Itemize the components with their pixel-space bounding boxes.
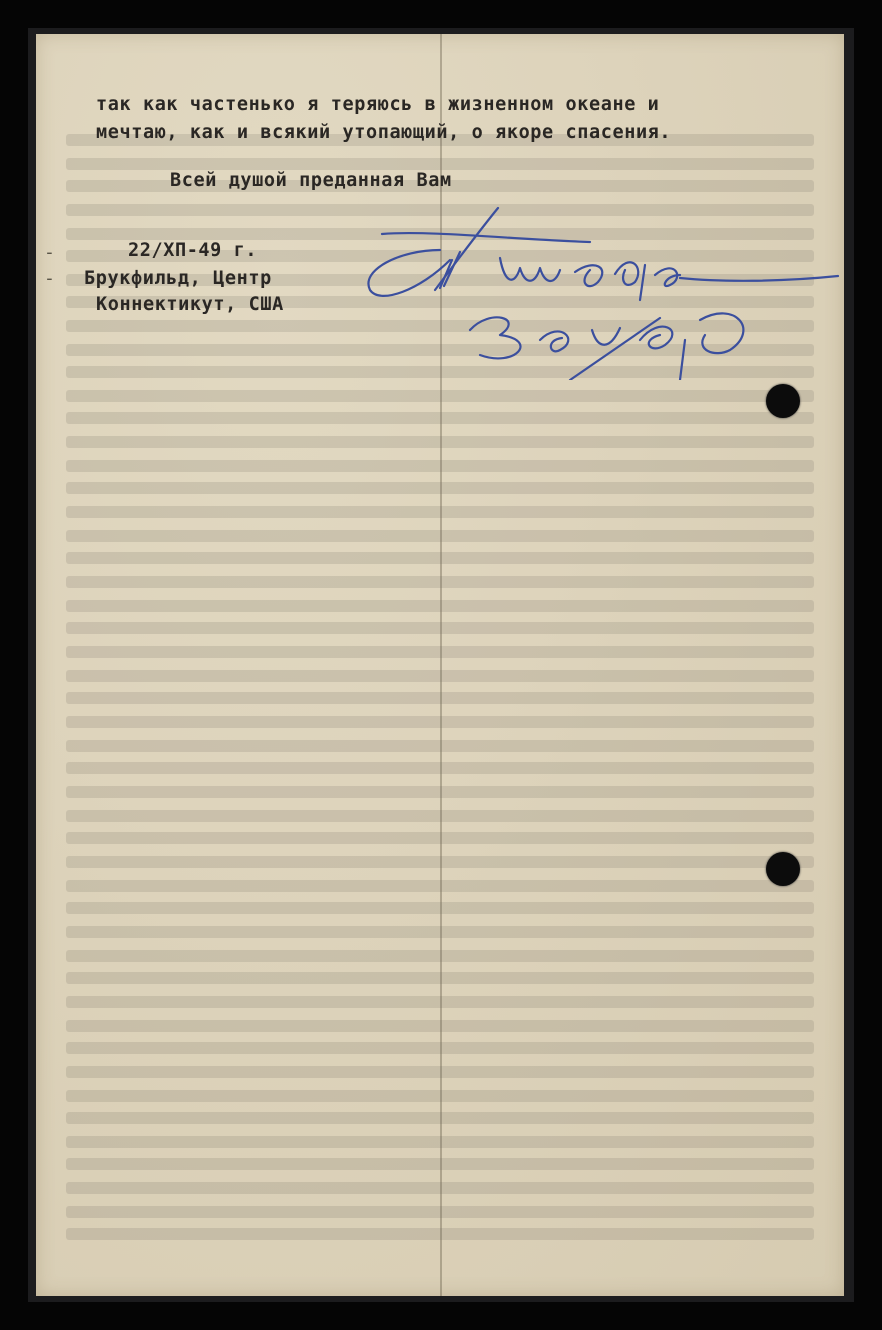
handwritten-signature [340, 190, 840, 380]
body-line-1: так как частенько я теряюсь в жизненном … [96, 94, 659, 115]
punch-hole [766, 384, 800, 418]
letter-date: 22/ХП-49 г. [128, 240, 257, 261]
margin-dash: - [44, 268, 55, 289]
margin-dash: - [44, 242, 55, 263]
closing-salutation: Всей душой преданная Вам [170, 170, 452, 191]
place-line-1: Брукфильд, Центр [84, 268, 272, 289]
punch-hole [766, 852, 800, 886]
place-line-2: Коннектикут, США [96, 294, 284, 315]
body-line-2: мечтаю, как и всякий утопающий, о якоре … [96, 122, 671, 143]
